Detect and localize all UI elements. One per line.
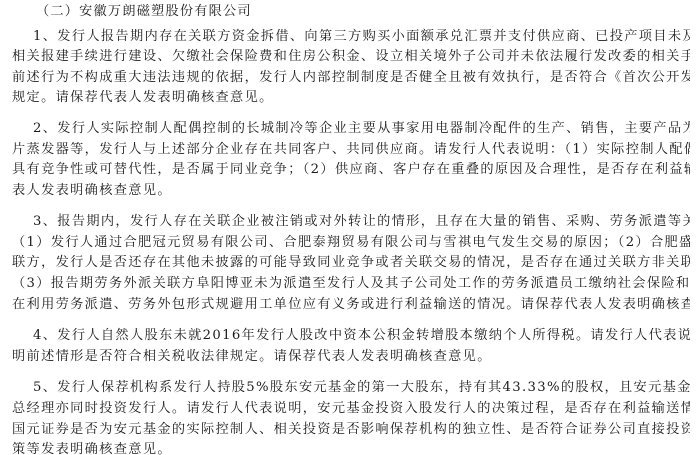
section-title: （二）安徽万朗磁塑股份有限公司: [36, 2, 436, 22]
item-5-line-3: 国元证券是否为安元基金的实际控制人、相关投资是否影响保荐机构的独立性、是否符合证…: [12, 420, 690, 440]
item-3-line-5: 在利用劳务派遣、劳务外包形式规避用工单位应有义务或进行利益输送的情况。请保荐代表…: [12, 295, 690, 315]
item-4-line-1: 4、发行人自然人股东未就2016年发行人股改中资本公积金转增股本缴纳个人所得税。…: [33, 326, 690, 346]
item-2-line-2: 片蒸发器等，发行人与上述部分企业存在共同客户、共同供应商。请发行人代表说明：（1…: [12, 140, 690, 160]
item-5-line-1: 5、发行人保荐机构系发行人持股5%股东安元基金的第一大股东，持有其43.33%的…: [33, 378, 690, 398]
item-5-line-2: 总经理亦同时投资发行人。请发行人代表说明，安元基金投资入股发行人的决策过程，是否…: [12, 399, 690, 419]
item-1-line-3: 前述行为不构成重大违法违规的依据，发行人内部控制制度是否健全且被有效执行，是否符…: [12, 68, 690, 88]
item-1-line-2: 相关报建手续进行建设、欠缴社会保险费和住房公积金、设立相关境外子公司并未依法履行…: [12, 47, 690, 67]
item-5-line-4: 策等发表明确核查意见。: [12, 440, 690, 455]
item-2-line-3: 具有竞争性或可替代性，是否属于同业竞争；（2）供应商、客户存在重叠的原因及合理性…: [12, 160, 690, 180]
item-2-line-4: 表人发表明确核查意见。: [12, 181, 690, 201]
item-3-line-4: （3）报告期劳务外派关联方阜阳博亚未为派遣至发行人及其子公司处工作的劳务派遣员工…: [12, 274, 690, 294]
item-1-line-1: 1、发行人报告期内存在关联方资金拆借、向第三方购买小面额承兑汇票并支付供应商、已…: [33, 27, 690, 47]
item-1-line-4: 规定。请保荐代表人发表明确核查意见。: [12, 88, 690, 108]
item-3-line-2: （1）发行人通过合肥冠元贸易有限公司、合肥泰翔贸易有限公司与雪祺电气发生交易的原…: [12, 233, 690, 253]
item-4-line-2: 明前述情形是否符合相关税收法律规定。请保荐代表人发表明确核查意见。: [12, 347, 690, 367]
item-2-line-1: 2、发行人实际控制人配偶控制的长城制冷等企业主要从事家用电器制冷配件的生产、销售…: [33, 119, 690, 139]
document-page: （二）安徽万朗磁塑股份有限公司 1、发行人报告期内存在关联方资金拆借、向第三方购…: [0, 0, 700, 455]
item-3-line-3: 联方，发行人是否还存在其他未披露的可能导致同业竞争或者关联交易的情况，是否存在通…: [12, 253, 690, 273]
item-3-line-1: 3、报告期内，发行人存在关联企业被注销或对外转让的情形，且存在大量的销售、采购、…: [33, 212, 690, 232]
